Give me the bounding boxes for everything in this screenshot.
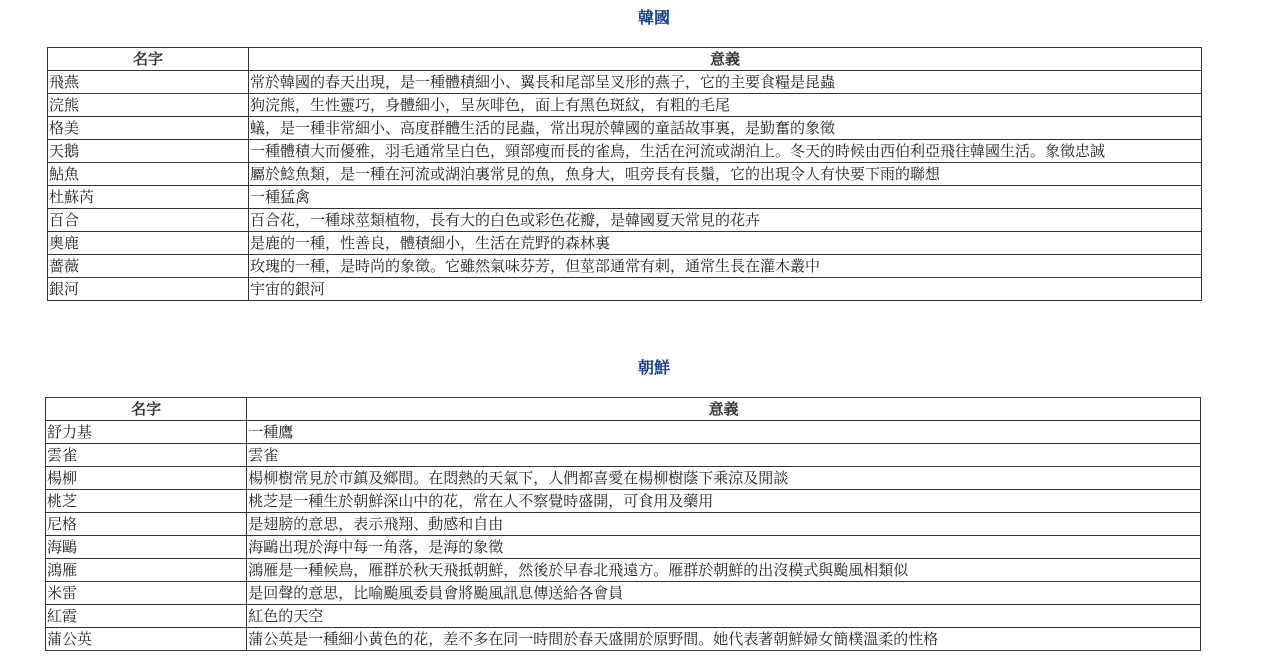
column-header-name: 名字 (46, 398, 247, 421)
cell-meaning: 狗浣熊，生性靈巧，身體細小，呈灰啡色，面上有黑色斑紋，有粗的毛尾 (249, 94, 1202, 117)
column-header-meaning: 意義 (247, 398, 1201, 421)
cell-meaning: 雲雀 (247, 444, 1201, 467)
table-row: 尼格 是翅膀的意思，表示飛翔、動感和自由 (46, 513, 1201, 536)
table-row: 奧鹿 是鹿的一種，性善良，體積細小，生活在荒野的森林裏 (48, 232, 1202, 255)
names-table-north-korea: 名字 意義 舒力基 一種鷹 雲雀 雲雀 楊柳 楊柳樹常見於市鎮及鄉間。在悶熱的天… (45, 397, 1201, 651)
cell-meaning: 是翅膀的意思，表示飛翔、動感和自由 (247, 513, 1201, 536)
table-row: 桃芝 桃芝是一種生於朝鮮深山中的花，常在人不察覺時盛開，可食用及藥用 (46, 490, 1201, 513)
cell-meaning: 是鹿的一種，性善良，體積細小，生活在荒野的森林裏 (249, 232, 1202, 255)
table-row: 舒力基 一種鷹 (46, 421, 1201, 444)
cell-meaning: 鴻雁是一種候鳥，雁群於秋天飛抵朝鮮，然後於早春北飛遠方。雁群於朝鮮的出沒模式與颱… (247, 559, 1201, 582)
cell-name: 百合 (48, 209, 249, 232)
table-row: 海鷗 海鷗出現於海中每一角落，是海的象徵 (46, 536, 1201, 559)
cell-name: 鮎魚 (48, 163, 249, 186)
cell-name: 飛燕 (48, 71, 249, 94)
cell-name: 鴻雁 (46, 559, 247, 582)
table-row: 浣熊 狗浣熊，生性靈巧，身體細小，呈灰啡色，面上有黑色斑紋，有粗的毛尾 (48, 94, 1202, 117)
cell-name: 奧鹿 (48, 232, 249, 255)
names-table-south-korea: 名字 意義 飛燕 常於韓國的春天出現，是一種體積細小、翼長和尾部呈叉形的燕子，它… (47, 47, 1202, 301)
cell-name: 銀河 (48, 278, 249, 301)
cell-meaning: 桃芝是一種生於朝鮮深山中的花，常在人不察覺時盛開，可食用及藥用 (247, 490, 1201, 513)
table-row: 雲雀 雲雀 (46, 444, 1201, 467)
column-header-meaning: 意義 (249, 48, 1202, 71)
cell-meaning: 海鷗出現於海中每一角落，是海的象徵 (247, 536, 1201, 559)
cell-name: 浣熊 (48, 94, 249, 117)
cell-name: 天鵝 (48, 140, 249, 163)
cell-meaning: 一種體積大而優雅，羽毛通常呈白色，頸部瘦而長的雀鳥，生活在河流或湖泊上。冬天的時… (249, 140, 1202, 163)
cell-meaning: 是回聲的意思，比喻颱風委員會將颱風訊息傳送給各會員 (247, 582, 1201, 605)
table-row: 鴻雁 鴻雁是一種候鳥，雁群於秋天飛抵朝鮮，然後於早春北飛遠方。雁群於朝鮮的出沒模… (46, 559, 1201, 582)
cell-meaning: 一種猛禽 (249, 186, 1202, 209)
cell-meaning: 屬於鯰魚類，是一種在河流或湖泊裏常見的魚，魚身大，咀旁長有長鬚，它的出現令人有快… (249, 163, 1202, 186)
cell-name: 米雷 (46, 582, 247, 605)
cell-meaning: 宇宙的銀河 (249, 278, 1202, 301)
cell-name: 格美 (48, 117, 249, 140)
column-header-name: 名字 (48, 48, 249, 71)
page: 韓國 名字 意義 飛燕 常於韓國的春天出現，是一種體積細小、翼長和尾部呈叉形的燕… (0, 0, 1280, 671)
cell-name: 楊柳 (46, 467, 247, 490)
cell-meaning: 蒲公英是一種細小黃色的花，差不多在同一時間於春天盛開於原野間。她代表著朝鮮婦女簡… (247, 628, 1201, 651)
section-title-south-korea: 韓國 (0, 8, 1280, 28)
table-row: 米雷 是回聲的意思，比喻颱風委員會將颱風訊息傳送給各會員 (46, 582, 1201, 605)
table-row: 杜蘇芮 一種猛禽 (48, 186, 1202, 209)
cell-meaning: 蟻，是一種非常細小、高度群體生活的昆蟲，常出現於韓國的童話故事裏，是勤奮的象徵 (249, 117, 1202, 140)
cell-name: 蒲公英 (46, 628, 247, 651)
table-row: 鮎魚 屬於鯰魚類，是一種在河流或湖泊裏常見的魚，魚身大，咀旁長有長鬚，它的出現令… (48, 163, 1202, 186)
cell-name: 雲雀 (46, 444, 247, 467)
table-row: 格美 蟻，是一種非常細小、高度群體生活的昆蟲，常出現於韓國的童話故事裏，是勤奮的… (48, 117, 1202, 140)
table-row: 飛燕 常於韓國的春天出現，是一種體積細小、翼長和尾部呈叉形的燕子，它的主要食糧是… (48, 71, 1202, 94)
cell-meaning: 楊柳樹常見於市鎮及鄉間。在悶熱的天氣下，人們都喜愛在楊柳樹蔭下乘涼及閒談 (247, 467, 1201, 490)
cell-name: 舒力基 (46, 421, 247, 444)
table-row: 百合 百合花，一種球莖類植物，長有大的白色或彩色花瓣，是韓國夏天常見的花卉 (48, 209, 1202, 232)
cell-meaning: 紅色的天空 (247, 605, 1201, 628)
section-title-north-korea: 朝鮮 (0, 358, 1280, 378)
table-row: 薔薇 玫瑰的一種，是時尚的象徵。它雖然氣味芬芳，但莖部通常有刺，通常生長在灌木叢… (48, 255, 1202, 278)
cell-name: 紅霞 (46, 605, 247, 628)
table-header-row: 名字 意義 (48, 48, 1202, 71)
cell-meaning: 常於韓國的春天出現，是一種體積細小、翼長和尾部呈叉形的燕子，它的主要食糧是昆蟲 (249, 71, 1202, 94)
cell-name: 杜蘇芮 (48, 186, 249, 209)
table-row: 紅霞 紅色的天空 (46, 605, 1201, 628)
cell-name: 海鷗 (46, 536, 247, 559)
cell-meaning: 玫瑰的一種，是時尚的象徵。它雖然氣味芬芳，但莖部通常有刺，通常生長在灌木叢中 (249, 255, 1202, 278)
table-row: 天鵝 一種體積大而優雅，羽毛通常呈白色，頸部瘦而長的雀鳥，生活在河流或湖泊上。冬… (48, 140, 1202, 163)
cell-name: 桃芝 (46, 490, 247, 513)
cell-meaning: 一種鷹 (247, 421, 1201, 444)
table-row: 蒲公英 蒲公英是一種細小黃色的花，差不多在同一時間於春天盛開於原野間。她代表著朝… (46, 628, 1201, 651)
table-row: 楊柳 楊柳樹常見於市鎮及鄉間。在悶熱的天氣下，人們都喜愛在楊柳樹蔭下乘涼及閒談 (46, 467, 1201, 490)
table-row: 銀河 宇宙的銀河 (48, 278, 1202, 301)
cell-name: 尼格 (46, 513, 247, 536)
table-header-row: 名字 意義 (46, 398, 1201, 421)
cell-name: 薔薇 (48, 255, 249, 278)
cell-meaning: 百合花，一種球莖類植物，長有大的白色或彩色花瓣，是韓國夏天常見的花卉 (249, 209, 1202, 232)
